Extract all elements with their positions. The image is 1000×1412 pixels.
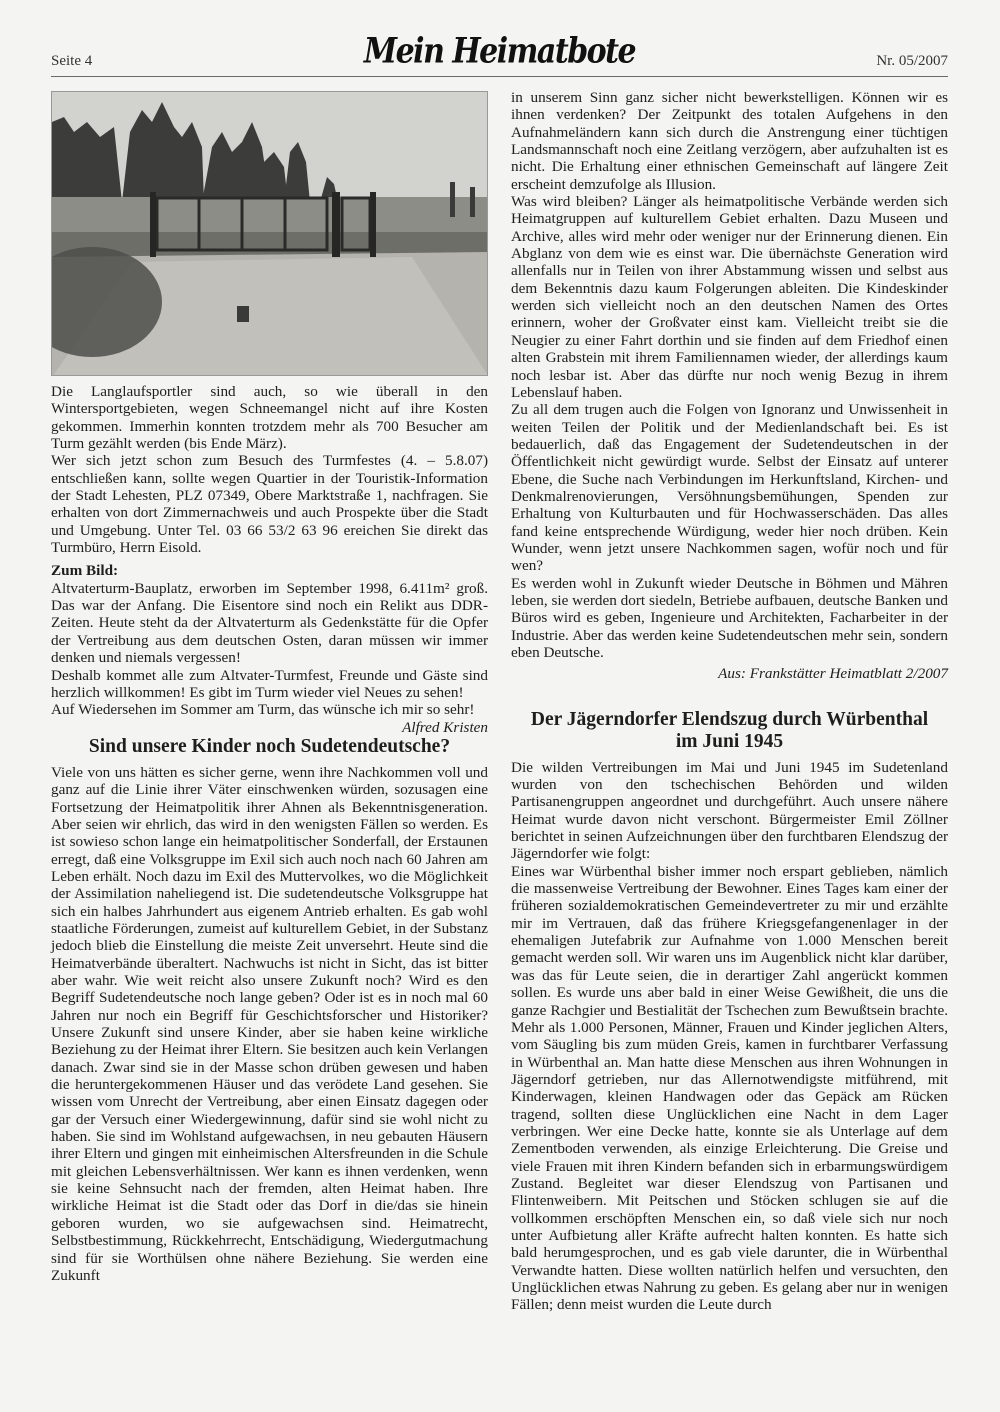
intro-paragraph: Wer sich jetzt schon zum Besuch des Turm… [51, 452, 488, 556]
article-paragraph: Zu all dem trugen auch die Folgen von Ig… [511, 401, 948, 574]
closing-text: Auf Wiedersehen im Sommer am Turm, das w… [51, 701, 474, 718]
gate-photo-illustration [52, 92, 488, 376]
left-column: Die Langlaufsportler sind auch, so wie ü… [51, 383, 488, 1284]
article-paragraph: Eines war Würbenthal bisher immer noch e… [511, 863, 948, 1314]
article-title: Sind unsere Kinder noch Sudetendeutsche? [51, 736, 488, 758]
page-header: Seite 4 Mein Heimatbote Nr. 05/2007 [51, 36, 948, 77]
issue-number: Nr. 05/2007 [876, 53, 948, 70]
photo-caption-heading: Zum Bild: [51, 562, 488, 579]
article-title-line-2: im Juni 1945 [676, 731, 783, 752]
page-number: Seite 4 [51, 53, 92, 70]
gate-photo [51, 91, 488, 376]
source-citation: Aus: Frankstätter Heimatblatt 2/2007 [511, 665, 948, 682]
article-paragraph: in unserem Sinn ganz sicher nicht bewerk… [511, 89, 948, 193]
photo-caption-paragraph: Deshalb kommet alle zum Altvater-Turmfes… [51, 667, 488, 702]
intro-paragraph: Die Langlaufsportler sind auch, so wie ü… [51, 383, 488, 452]
masthead-logo: Mein Heimatbote [364, 31, 635, 71]
closing-paragraph: Auf Wiedersehen im Sommer am Turm, das w… [51, 701, 488, 718]
right-column: in unserem Sinn ganz sicher nicht bewerk… [511, 89, 948, 1314]
article-paragraph: Was wird bleiben? Länger als heimatpolit… [511, 193, 948, 401]
article-title-line-1: Der Jägerndorfer Elendszug durch Würbent… [531, 709, 928, 730]
article-paragraph: Viele von uns hätten es sicher gerne, we… [51, 764, 488, 1284]
photo-caption-paragraph: Altvaterturm-Bauplatz, erworben im Septe… [51, 580, 488, 667]
article-paragraph: Es werden wohl in Zukunft wieder Deutsch… [511, 575, 948, 662]
article-paragraph: Die wilden Vertreibungen im Mai und Juni… [511, 759, 948, 863]
article-title: Der Jägerndorfer Elendszug durch Würbent… [511, 709, 948, 753]
author-signature: Alfred Kristen [402, 719, 488, 736]
